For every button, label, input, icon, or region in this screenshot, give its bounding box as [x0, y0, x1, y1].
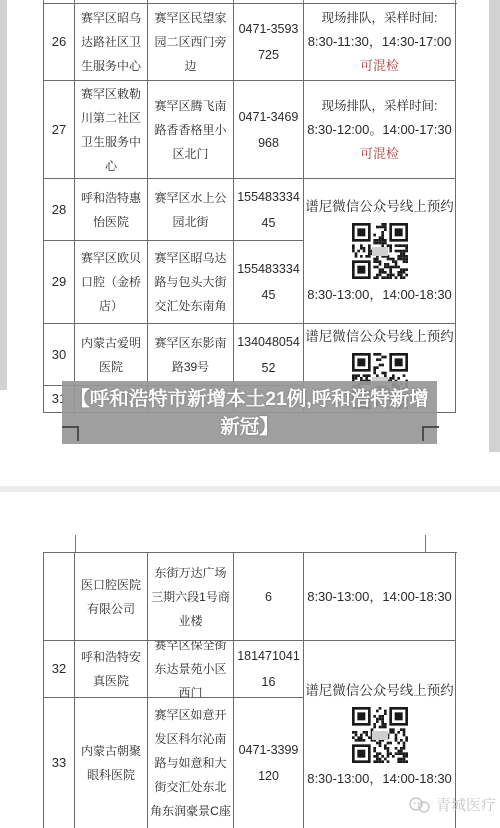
site-name: 呼和浩特惠怡医院 — [75, 179, 148, 241]
chat-bubbles-icon — [408, 796, 432, 814]
sampling-hours-cell: 8:30-13:00，14:00-18:30 — [304, 553, 456, 641]
queue-note: 现场排队，采样时间: — [322, 6, 438, 30]
booking-channel-label: 谱尼微信公众号线上预约 — [305, 681, 454, 701]
queue-note: 现场排队，采样时间: — [322, 94, 438, 118]
booking-channel-label: 谱尼微信公众号线上预约 — [305, 327, 454, 347]
left-margin-strip — [0, 0, 7, 390]
site-address: 赛罕区东影南路39号 — [148, 324, 234, 386]
article-screenshot: 26 赛罕区昭乌达路社区卫生服务中心 赛罕区民望家园二区西门旁边 0471-35… — [0, 0, 500, 828]
site-name: 赛罕区敕勒川第二社区卫生服务中心 — [75, 81, 148, 179]
mix-test-note: 可混检 — [360, 54, 399, 78]
row-number: 32 — [44, 641, 75, 698]
site-name: 医口腔医院有限公司 — [75, 553, 148, 641]
site-name: 内蒙古朝聚眼科医院 — [75, 698, 148, 828]
row-number: 29 — [44, 241, 75, 324]
site-address: 赛罕区保全街东达景苑小区西门 — [148, 641, 234, 698]
site-name: 赛罕区欧贝口腔（金桥店） — [75, 241, 148, 324]
caption-overlay: 【呼和浩特市新增本土21例,呼和浩特新增新冠】 — [62, 381, 437, 444]
column-line-sliver — [75, 535, 76, 552]
sampling-hours: 8:30-13:00，14:00-18:30 — [307, 769, 452, 789]
mix-test-note: 可混检 — [360, 142, 399, 166]
row-number: 28 — [44, 179, 75, 241]
qr-code-icon — [352, 223, 408, 279]
testing-sites-table-upper: 26 赛罕区昭乌达路社区卫生服务中心 赛罕区民望家园二区西门旁边 0471-35… — [43, 3, 457, 413]
site-name: 内蒙古爱明医院 — [75, 324, 148, 386]
row-number: 30 — [44, 324, 75, 386]
site-address: 赛罕区民望家园二区西门旁边 — [148, 4, 234, 81]
site-phone: 6 — [234, 553, 304, 641]
row-number — [44, 553, 75, 641]
row-number: 26 — [44, 4, 75, 81]
sampling-hours: 8:30-11:30，14:30-17:00 — [308, 30, 452, 54]
site-schedule: 现场排队，采样时间: 8:30-12:00。14:00-17:30 可混检 — [304, 81, 456, 179]
site-address: 赛罕区水上公园北街 — [148, 179, 234, 241]
site-phone: 0471-3469968 — [234, 81, 304, 179]
testing-sites-table-lower: 医口腔医院有限公司 东街万达广场三期六段1号商业楼 6 8:30-13:00，1… — [43, 552, 457, 828]
site-phone: 13404805452 — [234, 324, 304, 386]
column-line-sliver — [425, 535, 426, 552]
site-phone: 18147104116 — [234, 641, 304, 698]
site-address: 赛罕区昭乌达路与包头大街交汇处东南角 — [148, 241, 234, 324]
site-name: 呼和浩特安真医院 — [75, 641, 148, 698]
crop-corner-mark-right — [422, 426, 439, 441]
sampling-hours: 8:30-13:00，14:00-18:30 — [307, 285, 452, 305]
sampling-hours: 8:30-12:00。14:00-17:30 — [307, 118, 452, 142]
qr-code-icon — [352, 707, 408, 763]
site-phone: 15548333445 — [234, 179, 304, 241]
site-phone: 0471-3593725 — [234, 4, 304, 81]
site-schedule: 现场排队，采样时间: 8:30-11:30，14:30-17:00 可混检 — [304, 4, 456, 81]
site-name: 赛罕区昭乌达路社区卫生服务中心 — [75, 4, 148, 81]
online-booking-cell: 谱尼微信公众号线上预约 8:30-13:00，14:00-18:30 — [304, 179, 456, 324]
site-phone: 15548333445 — [234, 241, 304, 324]
caption-text: 【呼和浩特市新增本土21例,呼和浩特新增新冠】 — [62, 385, 437, 441]
sampling-hours: 8:30-13:00，14:00-18:30 — [307, 587, 452, 607]
right-margin-strip — [489, 0, 500, 452]
brand-watermark: 青城医疗 — [408, 794, 496, 815]
crop-corner-mark-left — [62, 426, 79, 441]
watermark-text: 青城医疗 — [436, 794, 496, 815]
row-number: 27 — [44, 81, 75, 179]
site-phone: 0471-3399120 — [234, 698, 304, 828]
booking-channel-label: 谱尼微信公众号线上预约 — [305, 197, 454, 217]
site-address: 赛罕区如意开发区科尔沁南路与如意和大街交汇处东北角东润豪景C座 — [148, 698, 234, 828]
screenshot-divider — [0, 486, 500, 492]
site-address: 赛罕区腾飞南路香香格里小区北门 — [148, 81, 234, 179]
row-number: 33 — [44, 698, 75, 828]
site-address: 东街万达广场三期六段1号商业楼 — [148, 553, 234, 641]
